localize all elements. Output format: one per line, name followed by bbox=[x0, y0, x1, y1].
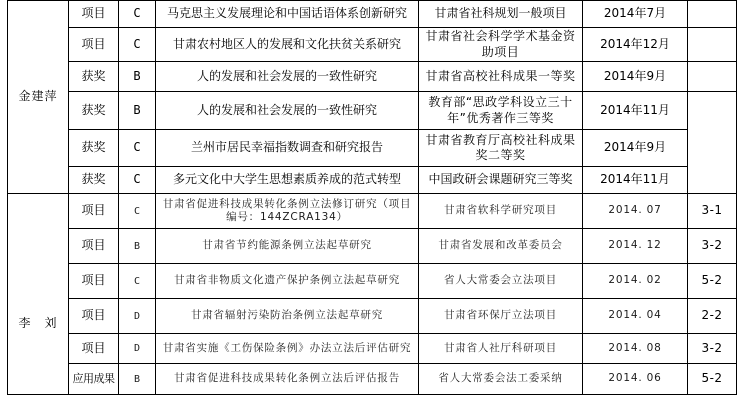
researcher-name: 李 刘 bbox=[8, 194, 69, 395]
grade-cell: C bbox=[119, 264, 156, 299]
title-cell: 甘肃省非物质文化遗产保护条例立法起草研究 bbox=[156, 264, 419, 299]
entry-type-cell: 项目 bbox=[69, 334, 119, 364]
title-cell: 甘肃省实施《工伤保险条例》办法立法后评估研究 bbox=[156, 334, 419, 364]
grade-cell: B bbox=[119, 62, 156, 92]
entry-type-cell: 应用成果 bbox=[69, 364, 119, 395]
code-cell bbox=[688, 1, 737, 28]
source-cell: 中国政研会课题研究三等奖 bbox=[419, 167, 583, 194]
grade-cell: C bbox=[119, 167, 156, 194]
code-cell: 5-2 bbox=[688, 264, 737, 299]
title-cell: 甘肃农村地区人的发展和文化扶贫关系研究 bbox=[156, 28, 419, 62]
date-cell: 2014. 07 bbox=[583, 194, 688, 229]
date-cell: 2014年12月 bbox=[583, 28, 688, 62]
grade-cell: C bbox=[119, 1, 156, 28]
document-page: 金建萍 项目 C 马克思主义发展理论和中国话语体系创新研究 甘肃省社科规划一般项… bbox=[0, 0, 756, 411]
code-cell: 5-2 bbox=[688, 364, 737, 395]
grade-cell: B bbox=[119, 92, 156, 130]
date-cell: 2014年7月 bbox=[583, 1, 688, 28]
date-cell: 2014. 06 bbox=[583, 364, 688, 395]
researcher-name-text: 金建萍 bbox=[18, 89, 57, 103]
entry-type-cell: 项目 bbox=[69, 1, 119, 28]
date-cell: 2014. 04 bbox=[583, 299, 688, 334]
entry-type-cell: 项目 bbox=[69, 299, 119, 334]
grade-cell: B bbox=[119, 364, 156, 395]
source-cell: 甘肃省社科规划一般项目 bbox=[419, 1, 583, 28]
source-cell: 教育部“思政学科设立三十年”优秀著作三等奖 bbox=[419, 92, 583, 130]
code-cell: 3-2 bbox=[688, 229, 737, 264]
entry-type-cell: 项目 bbox=[69, 229, 119, 264]
source-cell: 甘肃省社会科学学术基金资助项目 bbox=[419, 28, 583, 62]
title-cell: 甘肃省促进科技成果转化条例立法后评估报告 bbox=[156, 364, 419, 395]
entry-type-cell: 获奖 bbox=[69, 130, 119, 167]
title-cell: 甘肃省辐射污染防治条例立法起草研究 bbox=[156, 299, 419, 334]
date-cell: 2014年9月 bbox=[583, 130, 688, 167]
source-cell: 甘肃省环保厅立法项目 bbox=[419, 299, 583, 334]
source-cell: 甘肃省发展和改革委员会 bbox=[419, 229, 583, 264]
title-cell: 甘肃省促进科技成果转化条例立法修订研究（项目编号：144ZCRA134） bbox=[156, 194, 419, 229]
date-cell: 2014年11月 bbox=[583, 167, 688, 194]
title-cell: 多元文化中大学生思想素质养成的范式转型 bbox=[156, 167, 419, 194]
entry-type-cell: 获奖 bbox=[69, 167, 119, 194]
code-cell bbox=[688, 28, 737, 62]
code-cell: 2-2 bbox=[688, 299, 737, 334]
code-cell: 3-1 bbox=[688, 194, 737, 229]
code-cell bbox=[688, 62, 737, 92]
researcher-name-text: 李 刘 bbox=[18, 316, 57, 332]
date-cell: 2014. 08 bbox=[583, 334, 688, 364]
grade-cell: B bbox=[119, 229, 156, 264]
entry-type-cell: 项目 bbox=[69, 264, 119, 299]
date-cell: 2014. 02 bbox=[583, 264, 688, 299]
publications-table: 金建萍 项目 C 马克思主义发展理论和中国话语体系创新研究 甘肃省社科规划一般项… bbox=[7, 0, 737, 395]
title-cell: 兰州市居民幸福指数调查和研究报告 bbox=[156, 130, 419, 167]
grade-cell: C bbox=[119, 28, 156, 62]
code-cell: 3-2 bbox=[688, 334, 737, 364]
entry-type-cell: 获奖 bbox=[69, 62, 119, 92]
source-cell: 省人大常委会立法项目 bbox=[419, 264, 583, 299]
entry-type-cell: 项目 bbox=[69, 28, 119, 62]
title-cell: 人的发展和社会发展的一致性研究 bbox=[156, 62, 419, 92]
source-cell: 甘肃省人社厅科研项目 bbox=[419, 334, 583, 364]
date-cell: 2014年11月 bbox=[583, 92, 688, 130]
source-cell: 甘肃省软科学研究项目 bbox=[419, 194, 583, 229]
title-cell: 甘肃省节约能源条例立法起草研究 bbox=[156, 229, 419, 264]
entry-type-cell: 项目 bbox=[69, 194, 119, 229]
code-cell-merged bbox=[688, 92, 737, 194]
title-cell: 马克思主义发展理论和中国话语体系创新研究 bbox=[156, 1, 419, 28]
grade-cell: D bbox=[119, 299, 156, 334]
date-cell: 2014. 12 bbox=[583, 229, 688, 264]
source-cell: 省人大常委会法工委采纳 bbox=[419, 364, 583, 395]
source-cell: 甘肃省高校社科成果一等奖 bbox=[419, 62, 583, 92]
date-cell: 2014年9月 bbox=[583, 62, 688, 92]
title-cell: 人的发展和社会发展的一致性研究 bbox=[156, 92, 419, 130]
grade-cell: C bbox=[119, 130, 156, 167]
entry-type-cell: 获奖 bbox=[69, 92, 119, 130]
source-cell: 甘肃省教育厅高校社科成果奖二等奖 bbox=[419, 130, 583, 167]
grade-cell: D bbox=[119, 334, 156, 364]
grade-cell: C bbox=[119, 194, 156, 229]
researcher-name: 金建萍 bbox=[8, 1, 69, 194]
